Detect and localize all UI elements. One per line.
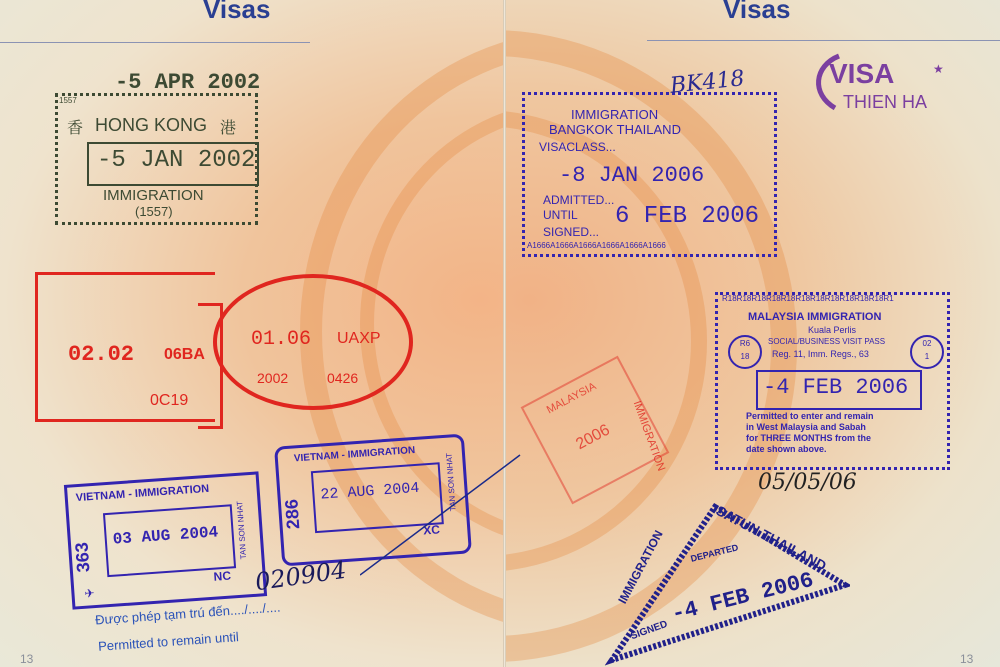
star-icon: ★ (933, 62, 944, 76)
stamp-subtitle: Kuala Perlis (808, 325, 856, 335)
stamp-title: MALAYSIA IMMIGRATION (748, 311, 881, 323)
airplane-icon: ✈ (84, 586, 95, 601)
stamp-line1: IMMIGRATION (571, 107, 658, 122)
page-heading-right: Visas (723, 0, 790, 25)
stamp-date: 01.06 (251, 328, 311, 351)
stamp-hong-kong: -5 APR 2002 1557 香 HONG KONG 港 -5 JAN 20… (55, 65, 260, 230)
logo-thienha-text: THIEN HA (843, 92, 927, 113)
signature-stroke-icon (360, 450, 530, 580)
stamp-china-rect: 02.02 06BA 0C19 (35, 272, 215, 422)
stamp-admitted: ADMITTED... (543, 193, 614, 207)
stamp-border-code: R18R18R18R18R18R18R18R18R18R18R18R1 (722, 294, 894, 303)
stamp-date: -4 FEB 2006 (763, 375, 908, 400)
stamp-footer: IMMIGRATION (103, 187, 204, 204)
stamp-side: TAN SON NHAT (235, 501, 248, 560)
stamp-date: -5 JAN 2002 (97, 147, 255, 174)
stamp-circle-left: R618 (728, 335, 762, 369)
stamp-until: UNTIL (543, 208, 578, 222)
stamp-year: 2002 (257, 370, 288, 386)
logo-visa-text: VISA (829, 58, 894, 90)
stamp-visa-class: VISACLASS... (539, 140, 616, 154)
stamp-line2: BANGKOK THAILAND (549, 122, 681, 137)
chinese-char-icon: 香 (67, 115, 83, 138)
stamp-number: 363 (71, 542, 94, 573)
visa-thien-ha-logo: VISA THIEN HA ★ (815, 58, 965, 118)
handwritten-date: 05/05/06 (758, 470, 857, 495)
stamp-title: VIETNAM - IMMIGRATION (75, 483, 209, 504)
stamp-pass-type: SOCIAL/BUSINESS VISIT PASS (768, 337, 885, 346)
stamp-suffix: UAXP (337, 330, 381, 348)
corner-code: 1557 (59, 96, 77, 105)
stamp-until-date: 6 FEB 2006 (615, 203, 759, 230)
page-number-right: 13 (960, 652, 973, 666)
chinese-char-icon: 港 (220, 115, 236, 138)
stamp-regulation: Reg. 11, Imm. Regs., 63 (772, 349, 869, 359)
heading-rule (0, 42, 310, 43)
stamp-code: 0426 (327, 370, 358, 386)
page-number-left: 13 (20, 652, 33, 666)
stamp-title: HONG KONG (95, 115, 207, 136)
stamp-date: -8 JAN 2006 (559, 163, 704, 188)
heading-rule (647, 40, 1000, 41)
stamp-bangkok: IMMIGRATION BANGKOK THAILAND VISACLASS..… (522, 92, 777, 257)
stamp-malaysia: R18R18R18R18R18R18R18R18R18R18R18R1 MALA… (715, 292, 950, 470)
stamp-top-date: -5 APR 2002 (115, 70, 260, 95)
stamp-china-oval: 01.06 UAXP 2002 0426 (213, 274, 413, 410)
stamp-code: NC (213, 569, 231, 584)
stamp-number: 286 (281, 498, 304, 529)
stamp-line2: 0C19 (150, 392, 188, 410)
stamp-circle-right: 021 (910, 335, 944, 369)
stamp-signed: SIGNED... (543, 225, 599, 239)
stamp-year: 2006 (573, 421, 613, 454)
stamp-code: (1557) (135, 204, 173, 219)
stamp-vietnam-1: VIETNAM - IMMIGRATION 363 03 AUG 2004 TA… (64, 471, 267, 609)
stamp-note: Permitted to enter and remain in West Ma… (746, 411, 874, 455)
page-heading-left: Visas (203, 0, 270, 25)
stamp-border-code: A1666A1666A1666A1666A1666A1666 (527, 241, 666, 250)
stamp-date: 02.02 (68, 342, 134, 367)
